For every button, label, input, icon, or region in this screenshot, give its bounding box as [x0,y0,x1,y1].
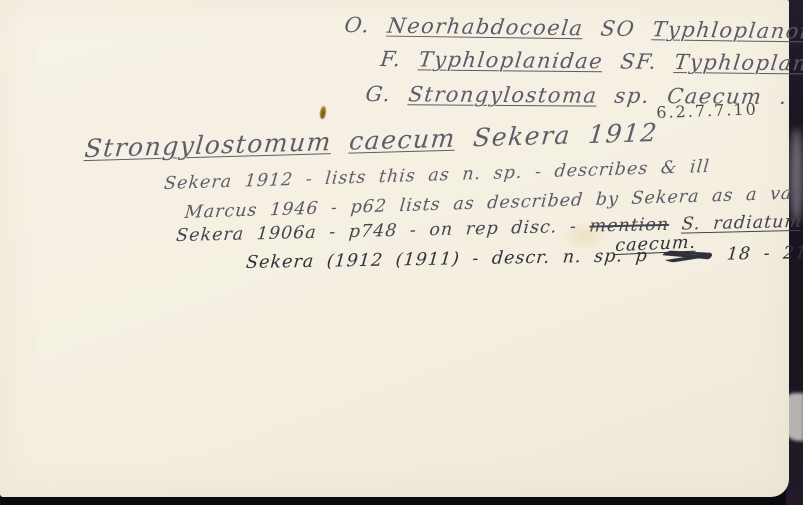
text-segment: 18 - 21 f 16-18 [713,242,803,265]
catalog-number: 6.2.7.7.10 [656,99,758,122]
index-card: O. Neorhabdocoela SO Typhloplanoida F. T… [0,0,789,497]
classification-order-line: O. Neorhabdocoela SO Typhloplanoida [343,13,803,44]
underlined-segment: caecum [348,124,457,156]
underlined-segment: Neorhabdocoela [386,14,585,41]
underlined-segment: Typhloplanidae [417,47,604,73]
caecum-annotation: caecum. [615,233,697,256]
underlined-segment: Strongylostoma [407,82,599,107]
text-segment: SO [582,16,654,41]
text-segment: O. [343,13,389,38]
underlined-segment: S. radiatum [681,212,803,235]
note-line-sekera-1912-1911: Sekera (1912 (1911) - descr. n. sp. p 18… [245,242,803,273]
text-segment: Sekera 1912 [454,118,659,153]
backdrop-blur-blob [790,128,803,223]
scanned-card-page: O. Neorhabdocoela SO Typhloplanoida F. T… [0,0,803,505]
text-segment: SF. [602,49,676,74]
underlined-segment: caecum. [615,233,697,256]
underlined-segment: Typhloplanoida [651,17,803,44]
text-segment: G. [364,82,410,106]
text-segment: F. [379,47,420,71]
species-title: Strongylostomum caecum Sekera 1912 [83,118,659,163]
yellow-smudge-stain [560,222,608,250]
classification-family-line: F. Typhloplanidae SF. Typhloplaninae [379,47,803,76]
underlined-segment: Strongylostomum [83,127,333,163]
underlined-segment: Typhloplaninae [673,50,803,76]
ink-drip-stain [319,106,327,120]
